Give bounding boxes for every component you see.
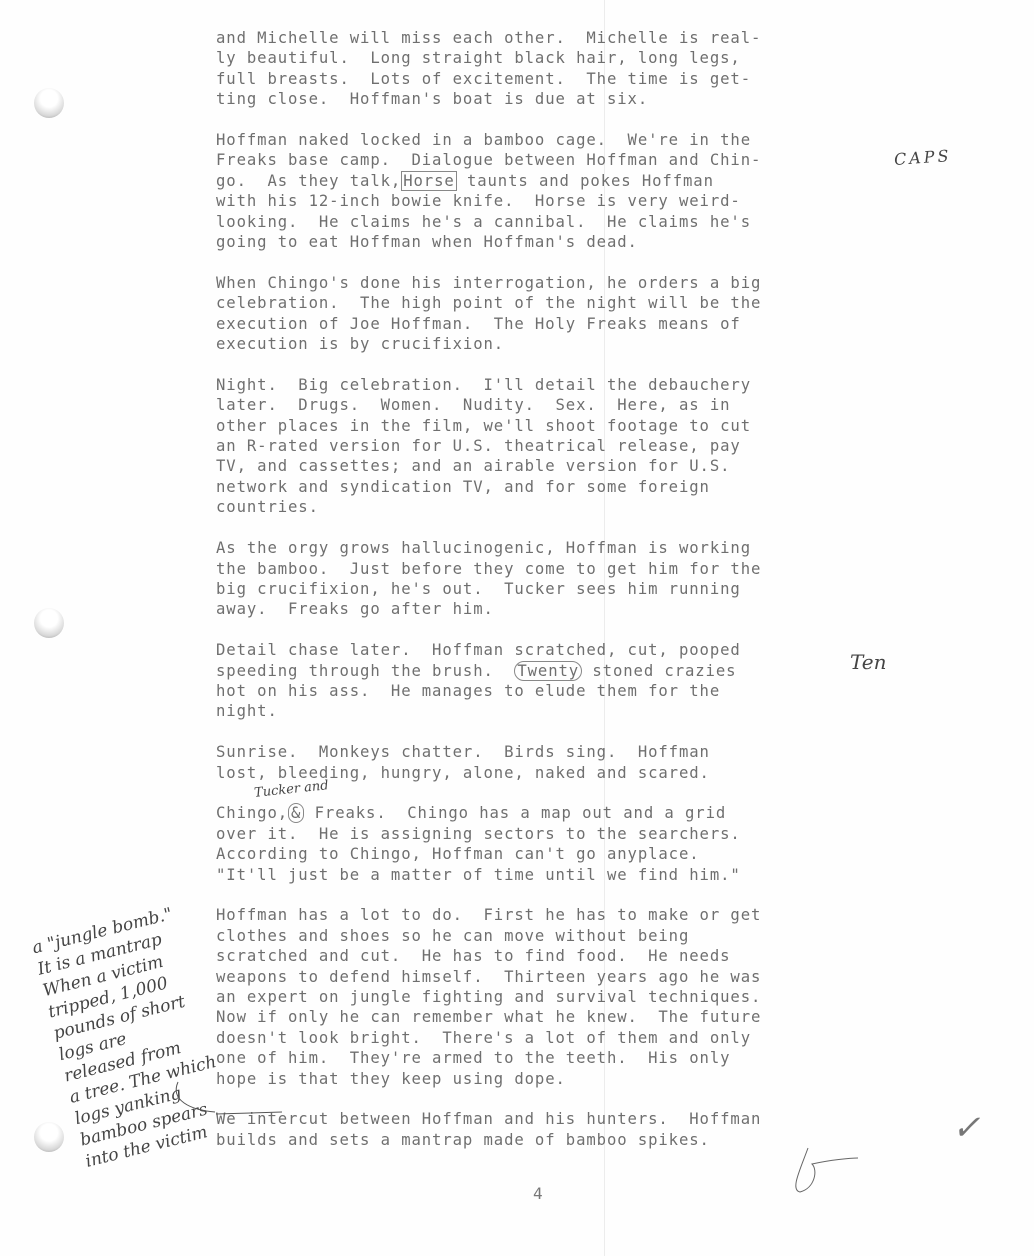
pen-strokes	[0, 0, 1034, 1256]
document-page: and Michelle will miss each other. Miche…	[0, 0, 1034, 1256]
page-number: 4	[533, 1184, 543, 1203]
